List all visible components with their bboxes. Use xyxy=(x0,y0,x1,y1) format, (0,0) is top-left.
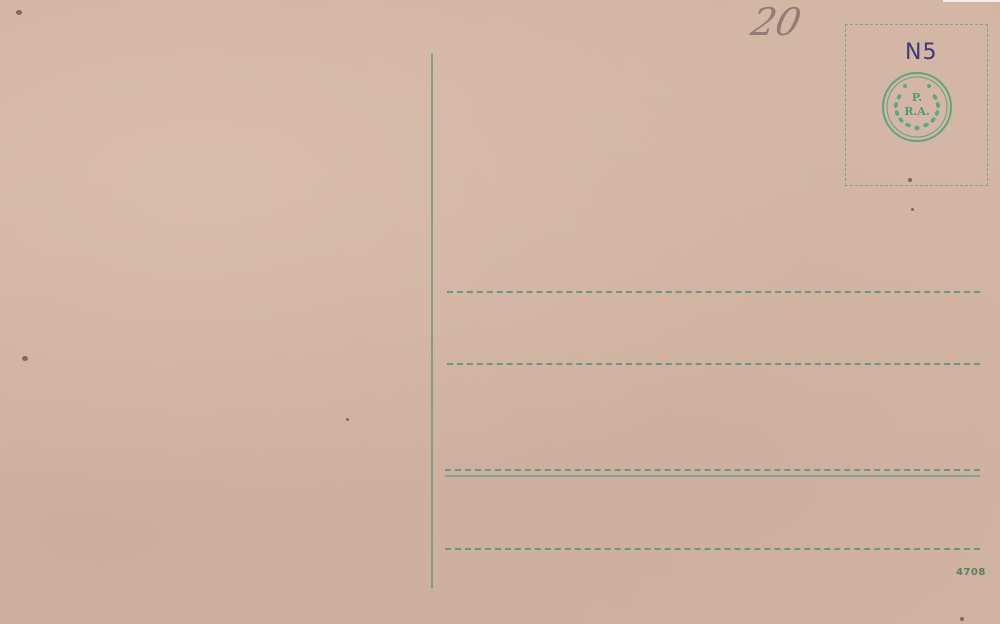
scan-edge xyxy=(943,0,1000,2)
address-line-4 xyxy=(445,548,980,550)
seal-text-top: P. xyxy=(881,91,953,104)
stamp-box-number: N5 xyxy=(905,40,937,65)
paper-speck xyxy=(911,208,914,211)
handwritten-mark: 20 xyxy=(747,0,805,44)
address-line-3-lower xyxy=(445,475,980,477)
paper-speck xyxy=(346,418,349,421)
address-line-2 xyxy=(447,363,980,365)
seal-text-bottom: R.A. xyxy=(881,105,953,118)
address-line-3-upper xyxy=(445,469,980,471)
paper-speck xyxy=(22,356,28,361)
address-line-1 xyxy=(447,291,980,293)
paper-speck xyxy=(960,617,964,621)
paper-speck xyxy=(16,10,22,15)
postcard-back: 20 N5 P. xyxy=(0,0,1000,624)
publisher-seal: P. R.A. xyxy=(881,71,953,143)
message-address-divider xyxy=(431,53,433,588)
print-number: 4708 xyxy=(956,567,986,578)
